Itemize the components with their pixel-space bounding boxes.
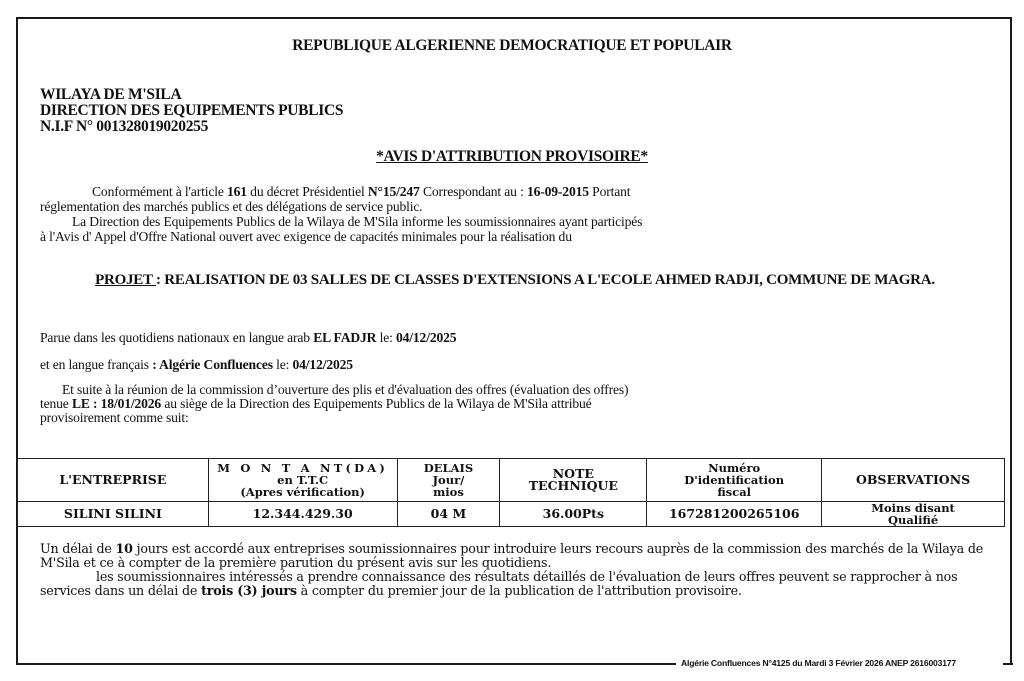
observation-text: Qualifié: [888, 513, 938, 527]
col-montant: M O N T A NT(DA) en T.T.C (Apres vérific…: [208, 459, 397, 502]
newspaper-name: EL FADJR: [313, 330, 376, 345]
col-entreprise: L'ENTREPRISE: [18, 459, 209, 502]
consultation-paragraph: les soumissionnaires intéressés a prendr…: [40, 570, 995, 598]
consultation-days: trois (3) jours: [201, 583, 297, 598]
intro-line-1: Conformément à l'article 161 du décret P…: [92, 184, 630, 200]
publication-text: Parue dans les quotidiens nationaux en l…: [40, 330, 313, 345]
intro-text: Portant: [589, 184, 630, 199]
header-text: OBSERVATIONS: [856, 472, 970, 487]
notice-title: *AVIS D'ATTRIBUTION PROVISOIRE*: [0, 148, 1024, 166]
cell-observations: Moins disant Qualifié: [822, 502, 1005, 527]
appeal-days: 10: [116, 541, 133, 556]
republic-heading: REPUBLIQUE ALGERIENNE DEMOCRATIQUE ET PO…: [0, 37, 1024, 55]
col-observations: OBSERVATIONS: [822, 459, 1005, 502]
intro-text: du décret Présidentiel: [247, 184, 368, 199]
cell-note: 36.00Pts: [500, 502, 647, 527]
publication-text: le:: [273, 357, 293, 372]
article-number: 161: [227, 184, 247, 199]
decree-date: 16-09-2015: [527, 184, 589, 199]
publication-french: et en langue français : Algérie Confluen…: [40, 357, 353, 373]
intro-line-3: La Direction des Equipements Publics de …: [72, 214, 642, 230]
nif-label: N.I.F N° 001328019020255: [40, 118, 208, 136]
publication-date: 04/12/2025: [293, 357, 353, 372]
project-label: PROJET: [95, 272, 156, 288]
footer-rule-end: [1003, 663, 1013, 665]
cell-delais: 04 M: [397, 502, 500, 527]
decree-number: N°15/247: [368, 184, 420, 199]
col-nif: Numéro D'identification fiscal: [647, 459, 822, 502]
header-text: TECHNIQUE: [529, 478, 618, 493]
meeting-text: au siège de la Direction des Equipements…: [161, 396, 591, 411]
project-text: : REALISATION DE 03 SALLES DE CLASSES D'…: [156, 272, 935, 288]
project-title: PROJET : REALISATION DE 03 SALLES DE CLA…: [40, 270, 990, 290]
publication-arabic: Parue dans les quotidiens nationaux en l…: [40, 330, 456, 346]
col-note: NOTE TECHNIQUE: [500, 459, 647, 502]
col-delais: DELAIS Jour/ mios: [397, 459, 500, 502]
header-text: (Apres vérification): [240, 485, 365, 499]
publication-date: 04/12/2025: [396, 330, 456, 345]
header-text: L'ENTREPRISE: [59, 472, 166, 487]
publication-text: le:: [376, 330, 396, 345]
cell-nif: 167281200265106: [647, 502, 822, 527]
results-table: L'ENTREPRISE M O N T A NT(DA) en T.T.C (…: [17, 458, 1005, 527]
newspaper-name: : Algérie Confluences: [152, 357, 273, 372]
table-header-row: L'ENTREPRISE M O N T A NT(DA) en T.T.C (…: [18, 459, 1005, 502]
closing-text: à compter du premier jour de la publicat…: [297, 583, 742, 598]
closing-text: jours est accordé aux entreprises soumis…: [40, 541, 983, 570]
publication-text: et en langue français: [40, 357, 152, 372]
meeting-text: tenue: [40, 396, 72, 411]
intro-text: Conformément à l'article: [92, 184, 227, 199]
footer-rule: [16, 663, 676, 665]
cell-montant: 12.344.429.30: [208, 502, 397, 527]
table-row: SILINI SILINI 12.344.429.30 04 M 36.00Pt…: [18, 502, 1005, 527]
cell-entreprise: SILINI SILINI: [18, 502, 209, 527]
intro-line-4: à l'Avis d' Appel d'Offre National ouver…: [40, 229, 572, 245]
closing-paragraphs: Un délai de 10 jours est accordé aux ent…: [40, 542, 995, 598]
intro-line-2: réglementation des marchés publics et de…: [40, 199, 423, 215]
header-text: mios: [433, 485, 464, 499]
closing-text: Un délai de: [40, 541, 116, 556]
header-text: fiscal: [717, 485, 751, 499]
intro-text: Correspondant au :: [420, 184, 527, 199]
meeting-date: LE : 18/01/2026: [72, 396, 161, 411]
publication-source: Algérie Confluences N°4125 du Mardi 3 Fé…: [678, 658, 959, 668]
meeting-line-3: provisoirement comme suit:: [40, 410, 189, 426]
appeal-paragraph: Un délai de 10 jours est accordé aux ent…: [40, 542, 995, 570]
